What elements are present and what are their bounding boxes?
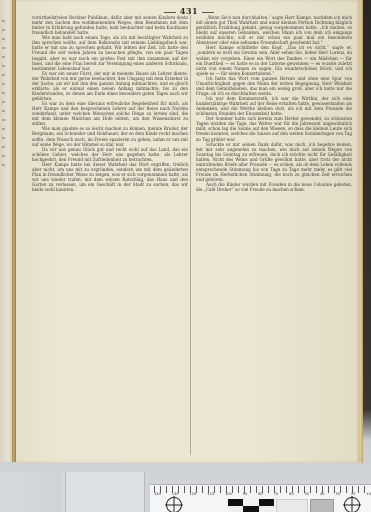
page-fore-edge [358, 0, 363, 463]
crosshair-target-icon [166, 497, 182, 512]
paragraph: vorurtheilsfreien Berliner Publikum, daf… [32, 15, 188, 35]
ruler-label: 30 [335, 492, 340, 497]
facing-page-text-fragment [2, 20, 5, 170]
folio-rule-left [164, 12, 176, 13]
column-divider [190, 15, 191, 455]
light-grey-patch [276, 499, 308, 512]
ruler-label: 100 [225, 492, 232, 497]
ruler-label: 60 [289, 492, 294, 497]
ruler-label: 10 [366, 492, 371, 497]
ruler-label: 110 [207, 492, 214, 497]
book-page: 431 vorurtheilsfreien Berliner Publikum,… [16, 0, 362, 463]
paragraph: Herr Kampe hatte bei dieser Wahrheit das… [32, 162, 188, 192]
paragraph: Schickte er mir seinen Dank dafür, was m… [196, 142, 352, 183]
ruler-label: 40 [320, 492, 325, 497]
scanner-plate [65, 472, 145, 512]
ruler-label: 120 [189, 492, 196, 497]
paragraph: Es war zu dem eine überaus erfreuliche B… [32, 101, 188, 126]
paragraph: Herr Kampe schüttelte den Kopf. „Das ist… [196, 45, 352, 75]
paragraph: Da wir uns genau Glück gut und recht woh… [32, 147, 188, 162]
calibration-ruler: 140 130 120 110 100 90 80 70 60 50 40 30… [150, 484, 371, 512]
ruler-label: 80 [258, 492, 263, 497]
paragraph: Es war ein neuer Fürst, der mir in meine… [32, 71, 188, 101]
paragraph: Ich hatte das Wort vom ganzen Herzen und… [196, 76, 352, 96]
mid-grey-patch [310, 499, 334, 512]
paragraph: „Wenn Sie's nun durchhalten,“ sagte Herr… [196, 15, 352, 45]
text-column-left: vorurtheilsfreien Berliner Publikum, daf… [32, 15, 188, 192]
paragraph: Auch die Kinder wurden mit Freuden in di… [196, 182, 352, 192]
crosshair-target-icon [344, 497, 360, 512]
paragraph: Wie man bald nach einem Tage, als ich mi… [32, 35, 188, 70]
black-white-checker-patch [228, 499, 274, 512]
ruler-label: 90 [243, 492, 248, 497]
ruler-label: 50 [304, 492, 309, 497]
paragraph: Ich war dem Kommerzrath, ich war die Wir… [196, 96, 352, 116]
ruler-label: 70 [274, 492, 279, 497]
ruler-label: 140 [154, 492, 161, 497]
text-column-right: „Wenn Sie's nun durchhalten,“ sagte Herr… [196, 15, 352, 192]
scanner-bed [0, 472, 150, 512]
paragraph: Wie man glaubte es so leicht machen zu k… [32, 126, 188, 146]
paragraph: Der Sommer hatte sich bereits zum Herbst… [196, 116, 352, 141]
folio-rule-right [202, 12, 214, 13]
ruler-labels: 140 130 120 110 100 90 80 70 60 50 40 30… [154, 492, 371, 497]
